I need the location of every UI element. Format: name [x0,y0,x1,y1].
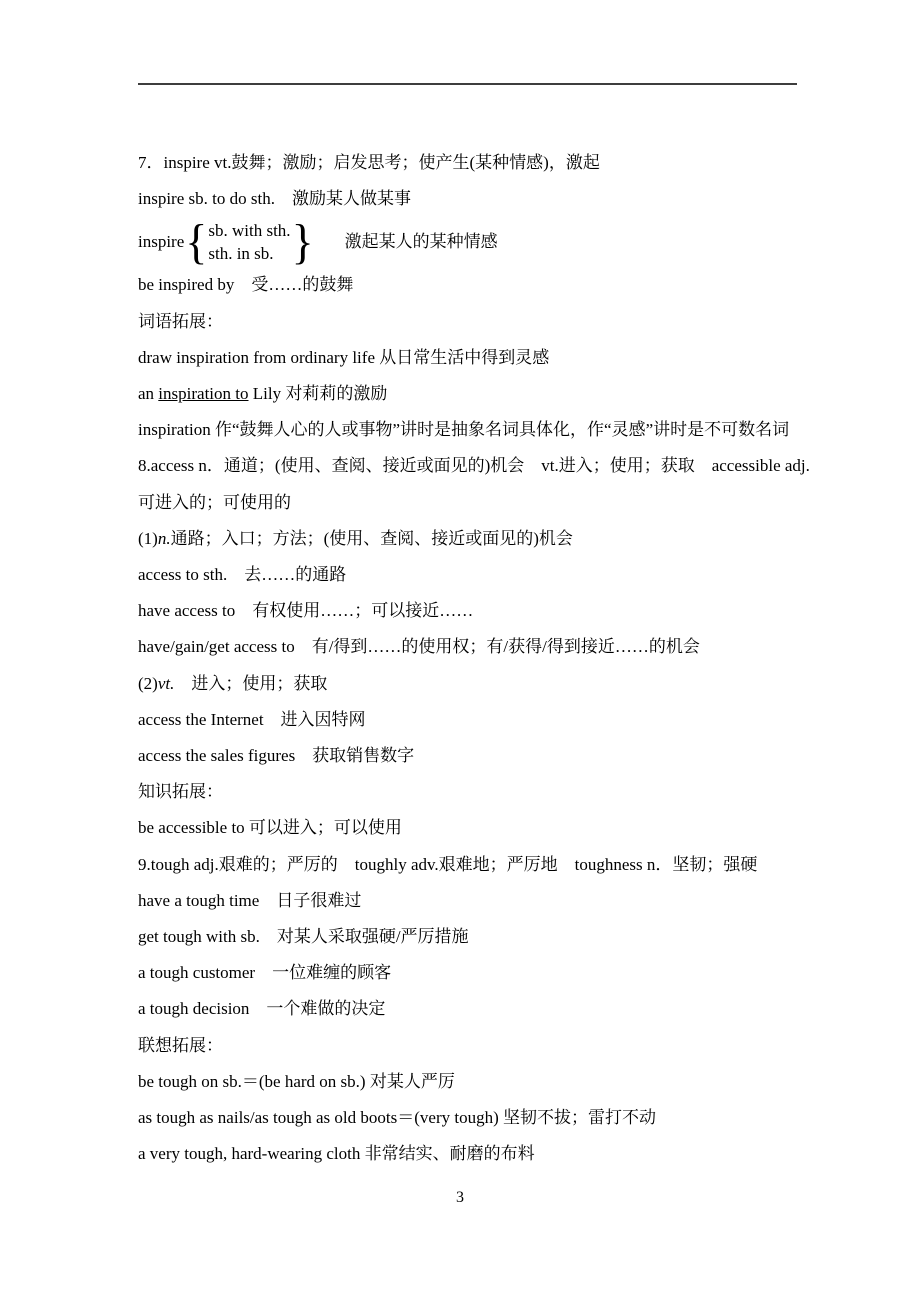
paragraph-line: be accessible to 可以进入；可以使用 [138,810,800,846]
paragraph-line: (2)vt. 进入；使用；获取 [138,666,800,702]
paragraph-line: have access to 有权使用……；可以接近…… [138,593,800,629]
text-segment: have a tough time 日子很难过 [138,891,361,910]
text-segment: 联想拓展： [138,1036,223,1055]
header-rule [138,83,797,85]
text-segment: a tough customer 一位难缠的顾客 [138,963,391,982]
paragraph-line: access the sales figures 获取销售数字 [138,738,800,774]
brace-option: sb. with sth. [208,219,290,242]
paragraph-line: 联想拓展： [138,1028,800,1064]
right-brace: } [291,218,315,266]
text-segment: 词语拓展： [138,312,223,331]
paragraph-line: inspire sb. to do sth. 激励某人做某事 [138,181,800,217]
document-page: 7．inspire vt.鼓舞；激励；启发思考；使产生(某种情感)，激起insp… [0,0,920,1302]
document-body: 7．inspire vt.鼓舞；激励；启发思考；使产生(某种情感)，激起insp… [138,145,800,1172]
text-segment: vt. [158,674,175,693]
text-segment: (2) [138,674,158,693]
text-segment: be tough on sb.＝(be hard on sb.) 对某人严厉 [138,1072,455,1091]
paragraph-line: get tough with sb. 对某人采取强硬/严厉措施 [138,919,800,955]
text-segment: be inspired by 受……的鼓舞 [138,275,353,294]
paragraph-line: have a tough time 日子很难过 [138,883,800,919]
paragraph-line: (1)n.通路；入口；方法；(使用、查阅、接近或面见的)机会 [138,521,800,557]
text-segment: n. [158,529,171,548]
text-segment: as tough as nails/as tough as old boots＝… [138,1108,656,1127]
brace-prefix: inspire [138,224,184,260]
paragraph-line: an inspiration to Lily 对莉莉的激励 [138,376,800,412]
text-segment: 可进入的；可使用的 [138,493,291,512]
text-segment: 进入；使用；获取 [174,674,327,693]
text-segment: inspiration 作“鼓舞人心的人或事物”讲时是抽象名词具体化，作“灵感”… [138,420,789,439]
paragraph-line: a very tough, hard-wearing cloth 非常结实、耐磨… [138,1136,800,1172]
text-segment: 7．inspire vt.鼓舞；激励；启发思考；使产生(某种情感)，激起 [138,153,600,172]
paragraph-line: be inspired by 受……的鼓舞 [138,267,800,303]
text-segment: inspiration to [158,384,248,403]
text-segment: draw inspiration from ordinary life 从日常生… [138,348,549,367]
left-brace: { [184,218,208,266]
paragraph-line: a tough customer 一位难缠的顾客 [138,955,800,991]
text-segment: 知识拓展： [138,782,223,801]
text-segment: be accessible to 可以进入；可以使用 [138,818,402,837]
text-segment: Lily 对莉莉的激励 [249,384,388,403]
paragraph-line: 7．inspire vt.鼓舞；激励；启发思考；使产生(某种情感)，激起 [138,145,800,181]
paragraph-line: inspiration 作“鼓舞人心的人或事物”讲时是抽象名词具体化，作“灵感”… [138,412,800,448]
paragraph-line: access the Internet 进入因特网 [138,702,800,738]
paragraph-line: a tough decision 一个难做的决定 [138,991,800,1027]
paragraph-line: as tough as nails/as tough as old boots＝… [138,1100,800,1136]
brace-suffix: 激起某人的某种情感 [345,224,498,260]
text-segment: an [138,384,158,403]
text-segment: a very tough, hard-wearing cloth 非常结实、耐磨… [138,1144,535,1163]
paragraph-line: have/gain/get access to 有/得到……的使用权；有/获得/… [138,629,800,665]
paragraph-line: be tough on sb.＝(be hard on sb.) 对某人严厉 [138,1064,800,1100]
paragraph-line: 知识拓展： [138,774,800,810]
text-segment: a tough decision 一个难做的决定 [138,999,385,1018]
paragraph-line: 可进入的；可使用的 [138,485,800,521]
text-segment: access the sales figures 获取销售数字 [138,746,414,765]
paragraph-line: draw inspiration from ordinary life 从日常生… [138,340,800,376]
paragraph-line: 词语拓展： [138,304,800,340]
brace-phrase: inspire{sb. with sth.sth. in sb.}激起某人的某种… [138,217,800,267]
paragraph-line: access to sth. 去……的通路 [138,557,800,593]
page-number: 3 [0,1186,920,1210]
text-segment: 9.tough adj.艰难的；严厉的 toughly adv.艰难地；严厉地 … [138,855,757,874]
text-segment: access the Internet 进入因特网 [138,710,366,729]
text-segment: 通路；入口；方法；(使用、查阅、接近或面见的)机会 [171,529,573,548]
text-segment: access to sth. 去……的通路 [138,565,346,584]
text-segment: 8.access n．通道；(使用、查阅、接近或面见的)机会 vt.进入；使用；… [138,456,810,475]
text-segment: get tough with sb. 对某人采取强硬/严厉措施 [138,927,469,946]
text-segment: (1) [138,529,158,548]
paragraph-line: 8.access n．通道；(使用、查阅、接近或面见的)机会 vt.进入；使用；… [138,448,800,484]
brace-option-list: sb. with sth.sth. in sb. [208,219,290,265]
brace-option: sth. in sb. [208,242,290,265]
text-segment: inspire sb. to do sth. 激励某人做某事 [138,189,411,208]
text-segment: have/gain/get access to 有/得到……的使用权；有/获得/… [138,637,700,656]
paragraph-line: 9.tough adj.艰难的；严厉的 toughly adv.艰难地；严厉地 … [138,847,800,883]
text-segment: have access to 有权使用……；可以接近…… [138,601,473,620]
